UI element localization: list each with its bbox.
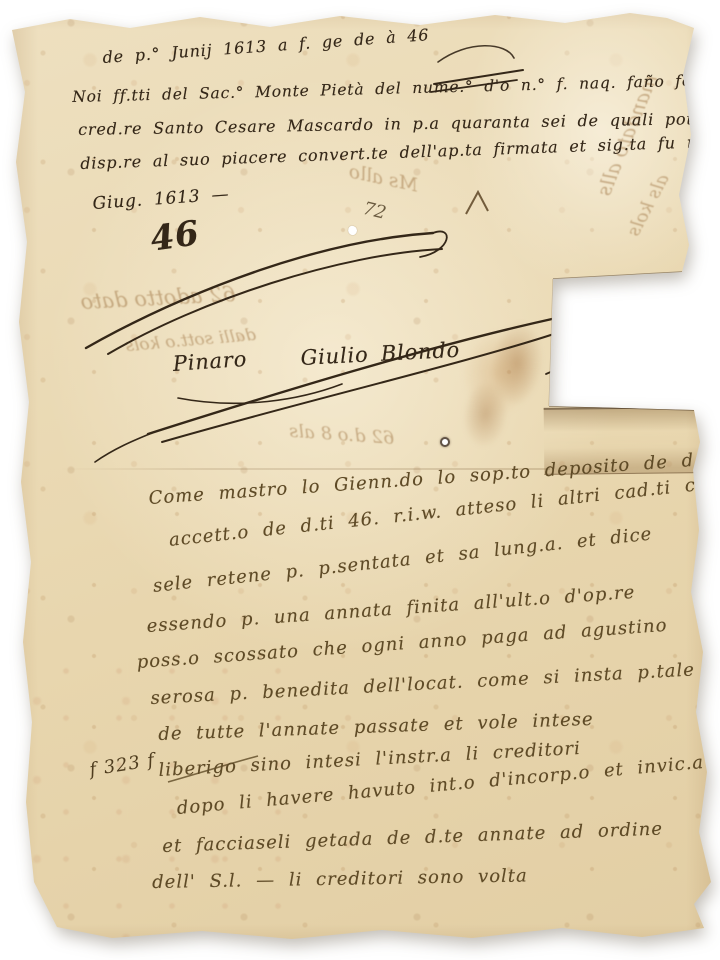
big-figure: 46 (148, 213, 202, 259)
pinhole (440, 437, 450, 447)
ink-stain-blot (430, 292, 560, 453)
paper-sheet: 62 adotto dato 62 d.o 8 als mandato alls… (0, 0, 720, 960)
paper-shadow: 62 adotto dato 62 d.o 8 als mandato alls… (0, 0, 720, 960)
scanned-manuscript: 62 adotto dato 62 d.o 8 als mandato alls… (0, 0, 720, 960)
